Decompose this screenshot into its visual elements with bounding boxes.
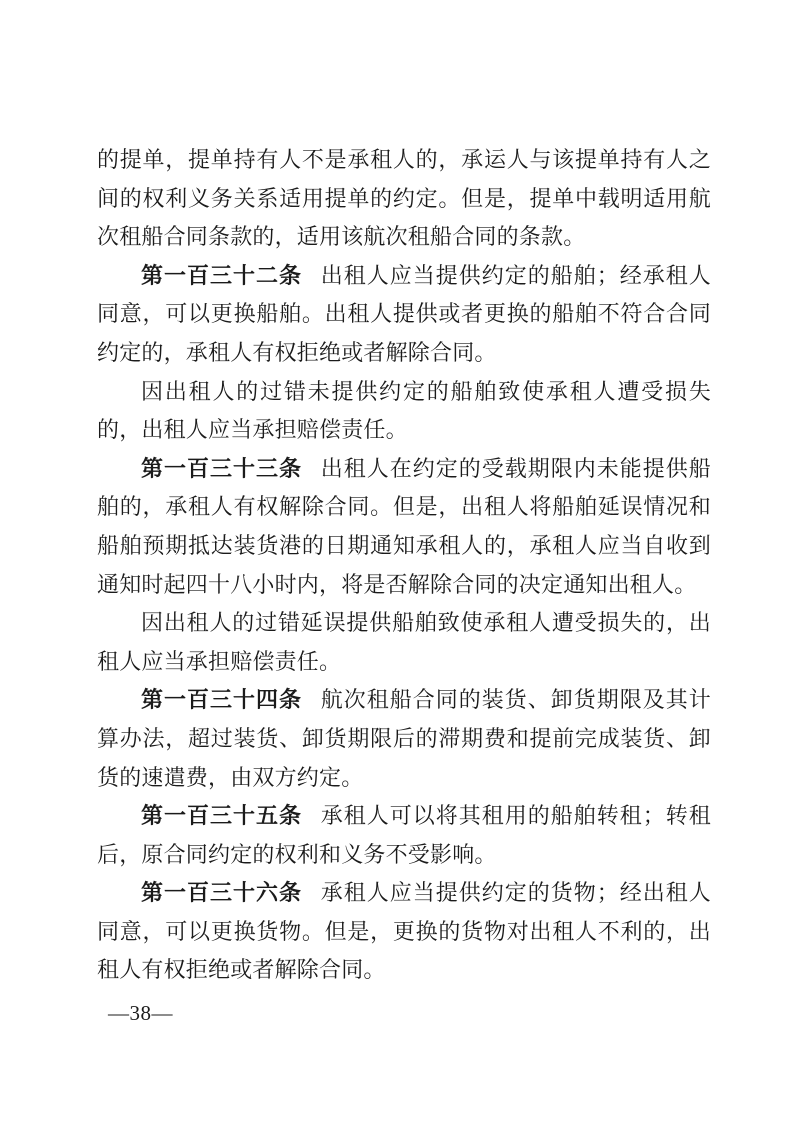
document-body: 的提单，提单持有人不是承租人的，承运人与该提单持有人之间的权利义务关系适用提单的… <box>97 141 711 990</box>
page-number: —38— <box>108 998 173 1028</box>
paragraph: 因出租人的过错未提供约定的船舶致使承租人遭受损失的，出租人应当承担赔偿责任。 <box>97 373 711 450</box>
paragraph: 因出租人的过错延误提供船舶致使承租人遭受损失的，出租人应当承担赔偿责任。 <box>97 604 711 681</box>
article-number: 第一百三十五条 <box>141 803 321 828</box>
article-paragraph: 第一百三十四条航次租船合同的装货、卸货期限及其计算办法，超过装货、卸货期限后的滞… <box>97 681 711 797</box>
document-page: 的提单，提单持有人不是承租人的，承运人与该提单持有人之间的权利义务关系适用提单的… <box>0 0 793 1122</box>
paragraph-text: 因出租人的过错未提供约定的船舶致使承租人遭受损失的，出租人应当承担赔偿责任。 <box>97 379 711 443</box>
article-paragraph: 第一百三十二条出租人应当提供约定的船舶；经承租人同意，可以更换船舶。出租人提供或… <box>97 257 711 373</box>
article-number: 第一百三十四条 <box>141 687 321 712</box>
paragraph-continuation: 的提单，提单持有人不是承租人的，承运人与该提单持有人之间的权利义务关系适用提单的… <box>97 141 711 257</box>
article-paragraph: 第一百三十六条承租人应当提供约定的货物；经出租人同意，可以更换货物。但是，更换的… <box>97 874 711 990</box>
article-number: 第一百三十三条 <box>141 456 321 481</box>
article-paragraph: 第一百三十三条出租人在约定的受载期限内未能提供船舶的，承租人有权解除合同。但是，… <box>97 450 711 604</box>
article-paragraph: 第一百三十五条承租人可以将其租用的船舶转租；转租后，原合同约定的权利和义务不受影… <box>97 797 711 874</box>
paragraph-text: 的提单，提单持有人不是承租人的，承运人与该提单持有人之间的权利义务关系适用提单的… <box>97 147 711 249</box>
article-number: 第一百三十六条 <box>141 880 321 905</box>
paragraph-text: 因出租人的过错延误提供船舶致使承租人遭受损失的，出租人应当承担赔偿责任。 <box>97 610 711 674</box>
article-number: 第一百三十二条 <box>141 263 321 288</box>
